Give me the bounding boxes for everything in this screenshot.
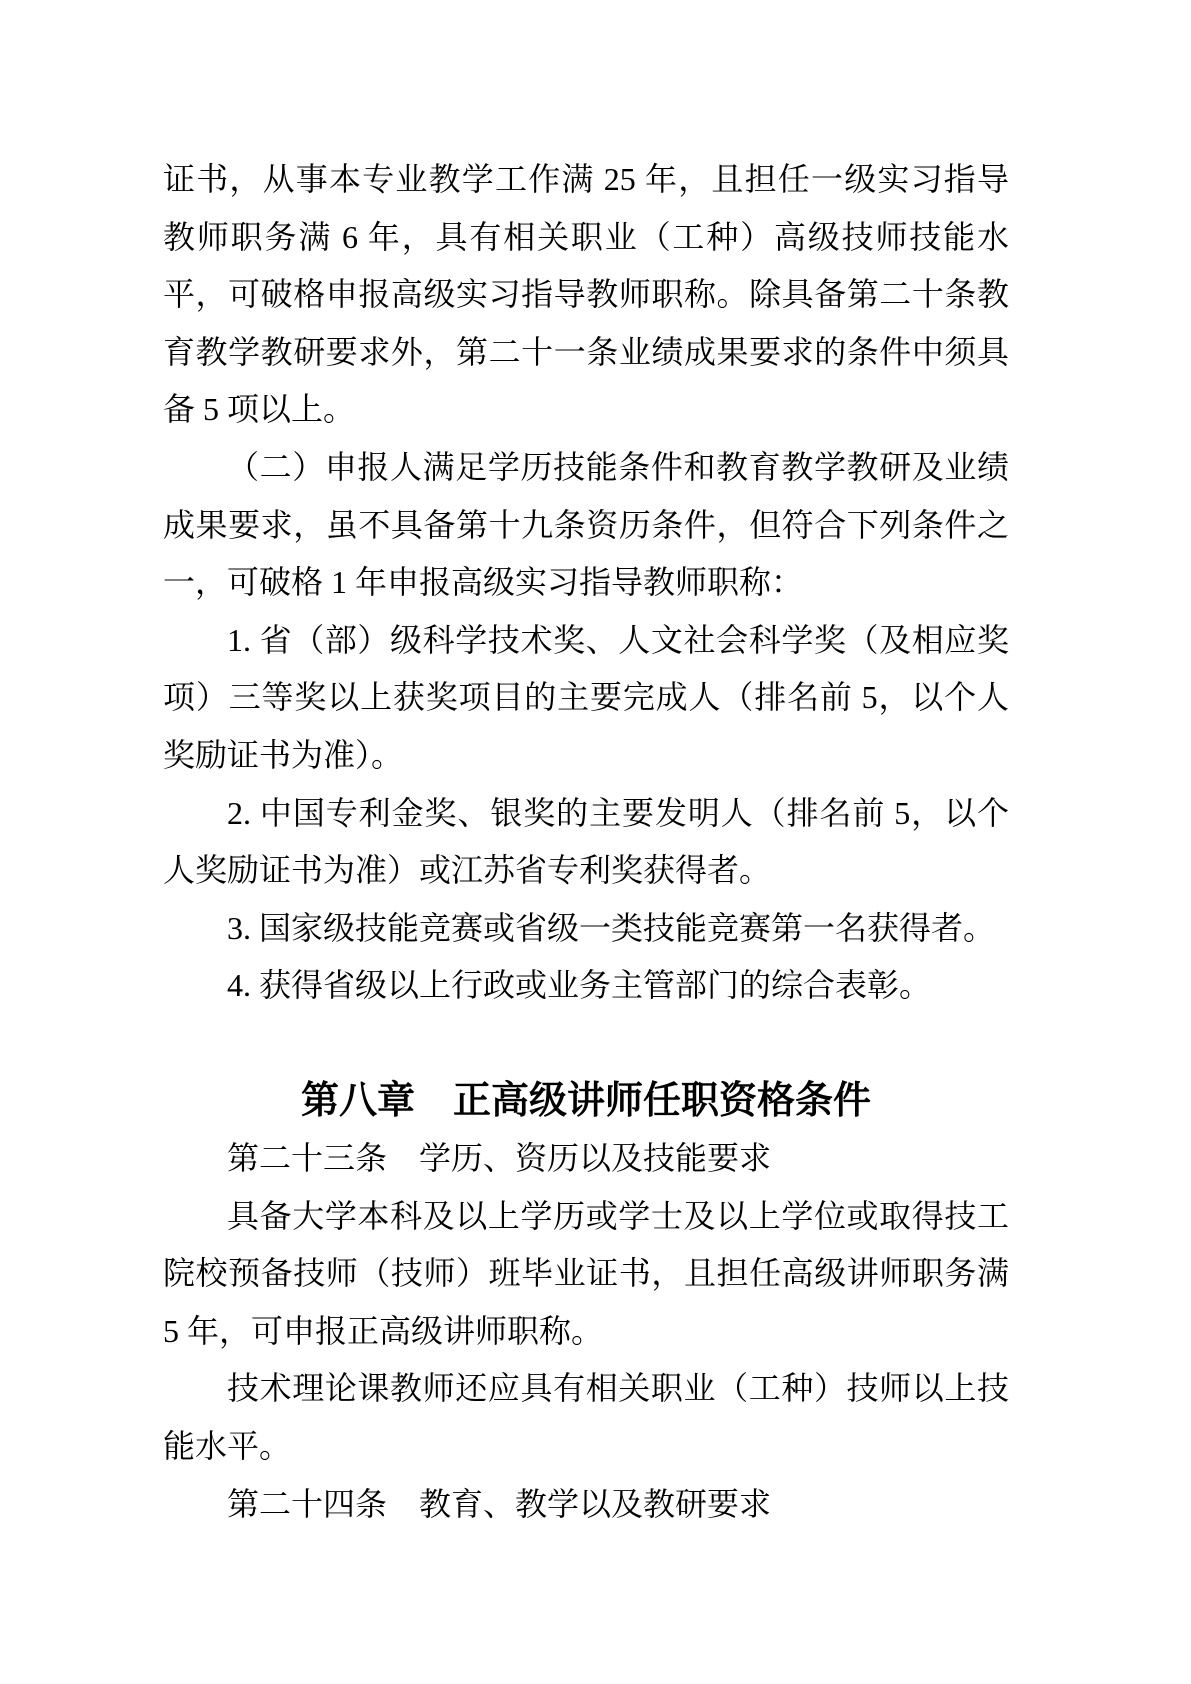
paragraph-item-2: （二）申报人满足学历技能条件和教育教学教研及业绩成果要求，虽不具备第十九条资历条… (163, 439, 1009, 612)
list-item-3: 3. 国家级技能竞赛或省级一类技能竞赛第一名获得者。 (163, 900, 1009, 958)
section-heading-article-24: 第二十四条 教育、教学以及教研要求 (163, 1476, 1009, 1534)
list-item-2: 2. 中国专利金奖、银奖的主要发明人（排名前 5，以个人奖励证书为准）或江苏省专… (163, 785, 1009, 900)
section-heading-article-23: 第二十三条 学历、资历以及技能要求 (163, 1130, 1009, 1188)
article-23-paragraph-1: 具备大学本科及以上学历或学士及以上学位或取得技工院校预备技师（技师）班毕业证书，… (163, 1188, 1009, 1361)
chapter-heading: 第八章 正高级讲师任职资格条件 (163, 1073, 1009, 1131)
list-item-4: 4. 获得省级以上行政或业务主管部门的综合表彰。 (163, 957, 1009, 1015)
document-text-block: 证书，从事本专业教学工作满 25 年，且担任一级实习指导教师职务满 6 年，具有… (163, 151, 1009, 1533)
article-23-paragraph-2: 技术理论课教师还应具有相关职业（工种）技师以上技能水平。 (163, 1360, 1009, 1475)
paragraph-continuation: 证书，从事本专业教学工作满 25 年，且担任一级实习指导教师职务满 6 年，具有… (163, 151, 1009, 439)
document-page: 证书，从事本专业教学工作满 25 年，且担任一级实习指导教师职务满 6 年，具有… (0, 0, 1191, 1684)
list-item-1: 1. 省（部）级科学技术奖、人文社会科学奖（及相应奖项）三等奖以上获奖项目的主要… (163, 612, 1009, 785)
